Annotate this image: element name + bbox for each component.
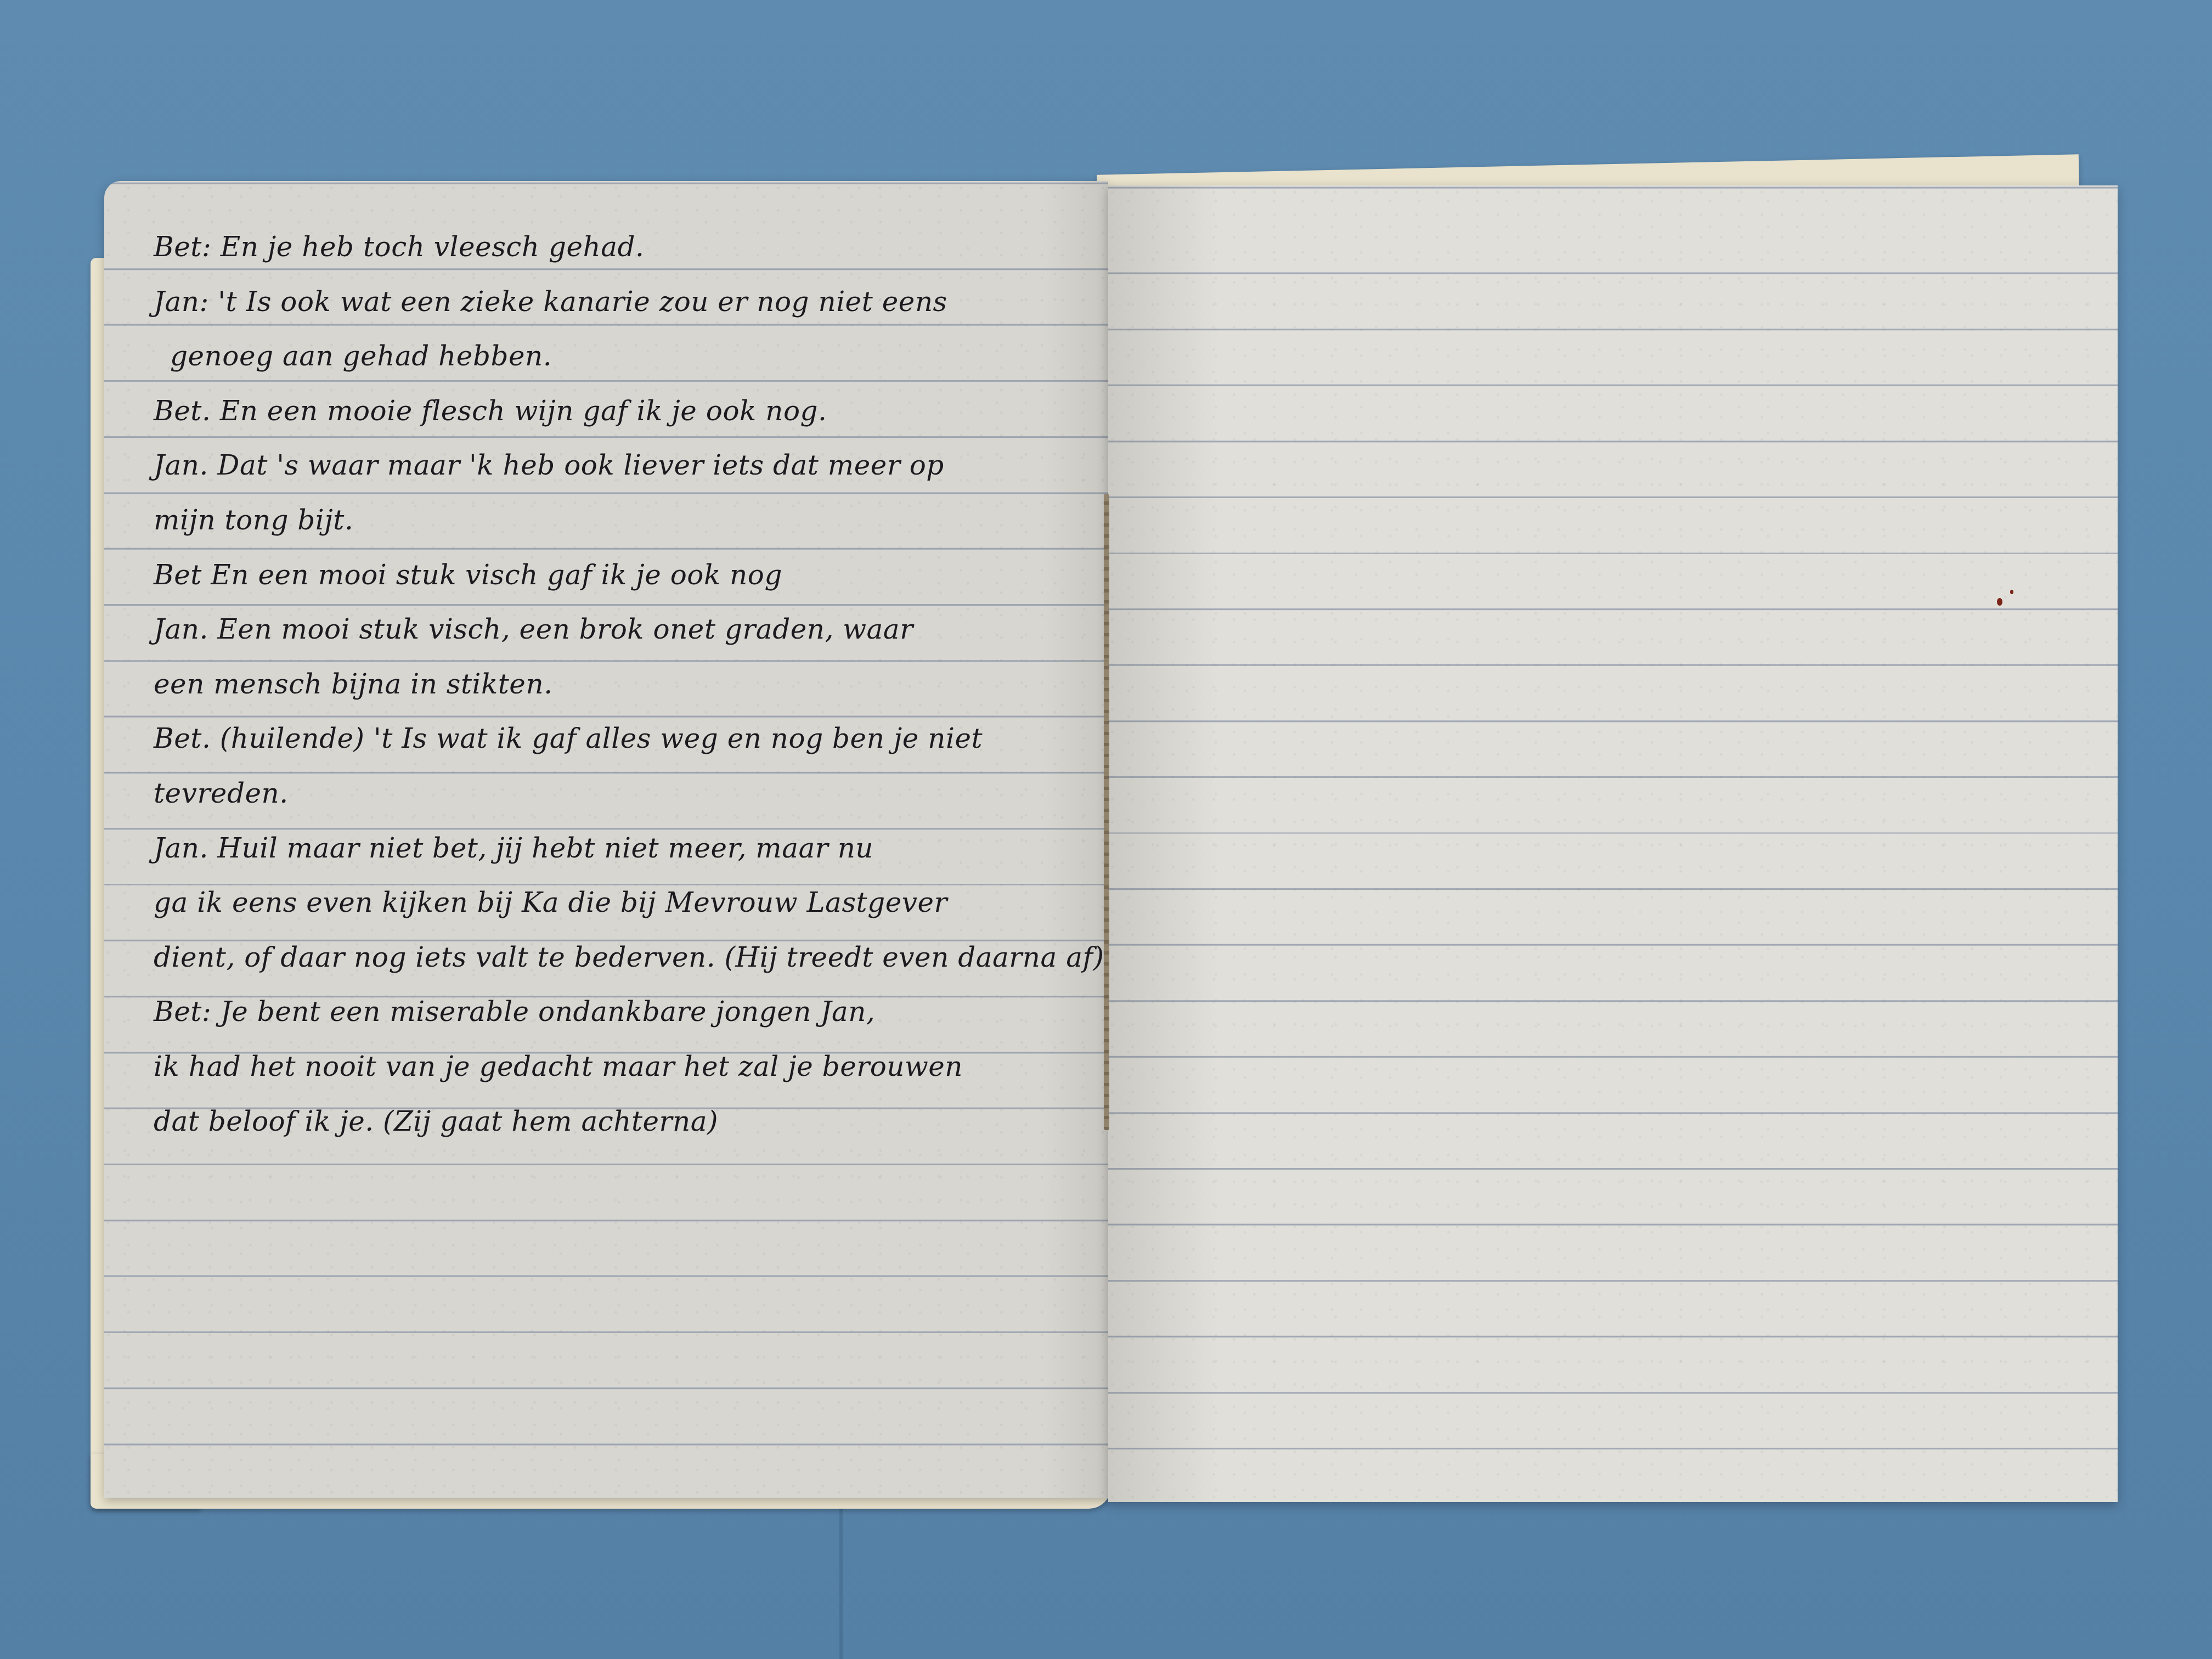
- text-line: Jan: 't Is ook wat een zieke kanarie zou…: [154, 274, 1119, 329]
- text-line: genoeg aan gehad hebben.: [154, 329, 1119, 383]
- ink-spot: [2010, 590, 2013, 594]
- handwritten-dialogue: Bet: En je heb toch vleesch gehad. Jan: …: [154, 219, 1119, 1148]
- text-line: ik had het nooit van je gedacht maar het…: [154, 1039, 1119, 1094]
- text-line: Bet: En je heb toch vleesch gehad.: [154, 219, 1119, 274]
- text-line: Bet En een mooi stuk visch gaf ik je ook…: [154, 548, 1119, 602]
- text-line: Jan. Dat 's waar maar 'k heb ook liever …: [154, 438, 1119, 493]
- text-line: ga ik eens even kijken bij Ka die bij Me…: [154, 875, 1119, 930]
- text-line: dat beloof ik je. (Zij gaat hem achterna…: [154, 1094, 1119, 1149]
- text-line: tevreden.: [154, 766, 1119, 821]
- ink-spot: [1997, 598, 2002, 606]
- right-page-blank: [1108, 185, 2118, 1502]
- text-line: Jan. Huil maar niet bet, jij hebt niet m…: [154, 821, 1119, 876]
- text-line: Bet. En een mooie flesch wijn gaf ik je …: [154, 383, 1119, 438]
- text-line: Bet. (huilende) 't Is wat ik gaf alles w…: [154, 711, 1119, 766]
- text-line: Jan. Een mooi stuk visch, een brok onet …: [154, 602, 1119, 657]
- text-line: mijn tong bijt.: [154, 493, 1119, 548]
- text-line: een mensch bijna in stikten.: [154, 657, 1119, 712]
- text-line: dient, of daar nog iets valt te bederven…: [154, 930, 1119, 985]
- text-line: Bet: Je bent een miserable ondankbare jo…: [154, 984, 1119, 1039]
